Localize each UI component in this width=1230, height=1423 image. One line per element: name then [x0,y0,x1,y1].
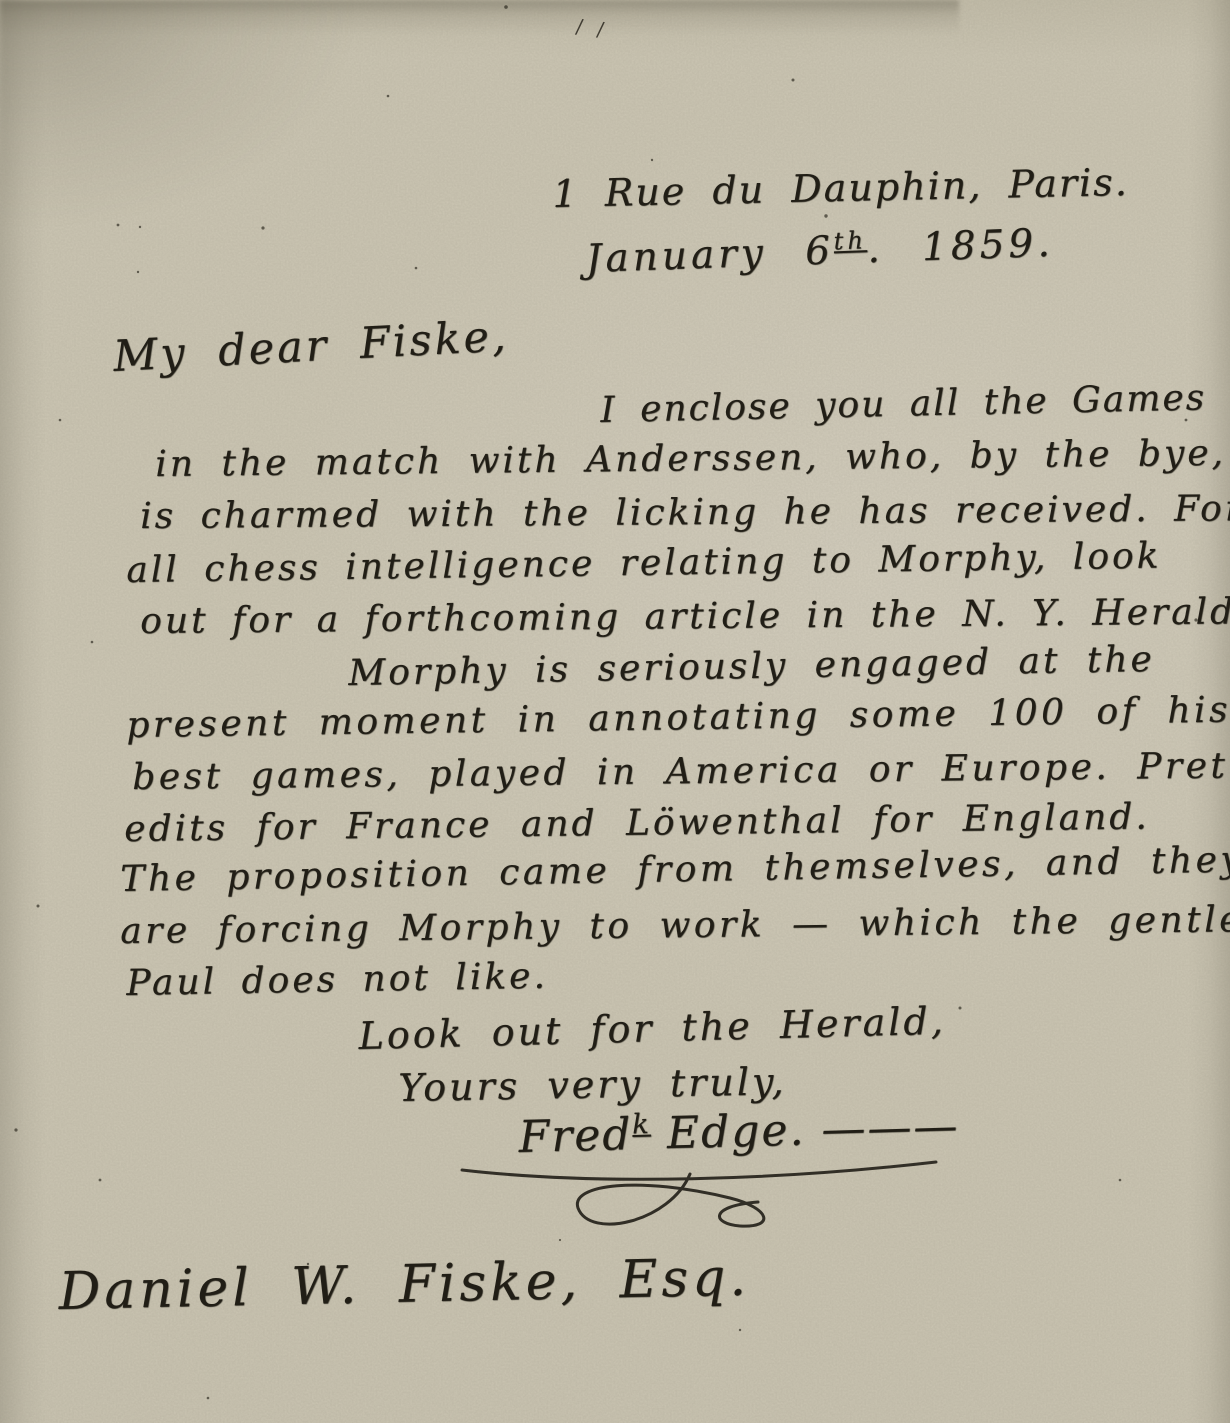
date-text: January 6 [585,228,835,282]
body-line: edits for France and Löwenthal for Engla… [124,796,1150,850]
body-line: present moment in annotating some 100 of… [126,690,1230,746]
addressee-line: Daniel W. Fiske, Esq. [58,1248,750,1322]
salutation: My dear Fiske, [112,311,510,382]
body-line: I enclose you all the Games [600,377,1207,431]
body-line: Morphy is seriously engaged at the [348,639,1155,694]
signature-superscript: k [632,1109,651,1140]
signature-name: Fred [518,1109,633,1163]
body-line: is charmed with the licking he has recei… [140,488,1230,537]
address-line: 1 Rue du Dauphin, Paris. [552,160,1129,216]
signature: Fredk Edge. ——— [518,1100,960,1163]
scan-smudge-topleft [0,0,360,230]
date-year: . 1859. [866,221,1054,272]
signature-dash: ——— [805,1100,960,1155]
signature-name-rest: Edge. [650,1104,806,1159]
body-line: are forcing Morphy to work — which the g… [120,899,1230,952]
date-line: January 6th. 1859. [585,220,1054,282]
body-line: The proposition came from themselves, an… [120,839,1230,900]
date-ordinal-superscript: th [833,226,867,255]
body-line: Paul does not like. [126,956,548,1004]
closing-line: Yours very truly, [398,1059,787,1110]
scan-smudge-left-edge [0,0,46,1423]
body-line: all chess intelligence relating to Morph… [126,536,1162,591]
closing-line: Look out for the Herald, [358,999,946,1058]
body-line: best games, played in America or Europe.… [132,745,1230,798]
letter-page: / / 1 Rue du Dauphin, Paris. January 6th… [0,0,1230,1423]
body-line: in the match with Anderssen, who, by the… [155,433,1226,485]
body-line: out for a forthcoming article in the N. … [140,591,1230,642]
top-slash-marks: / / [574,14,609,42]
